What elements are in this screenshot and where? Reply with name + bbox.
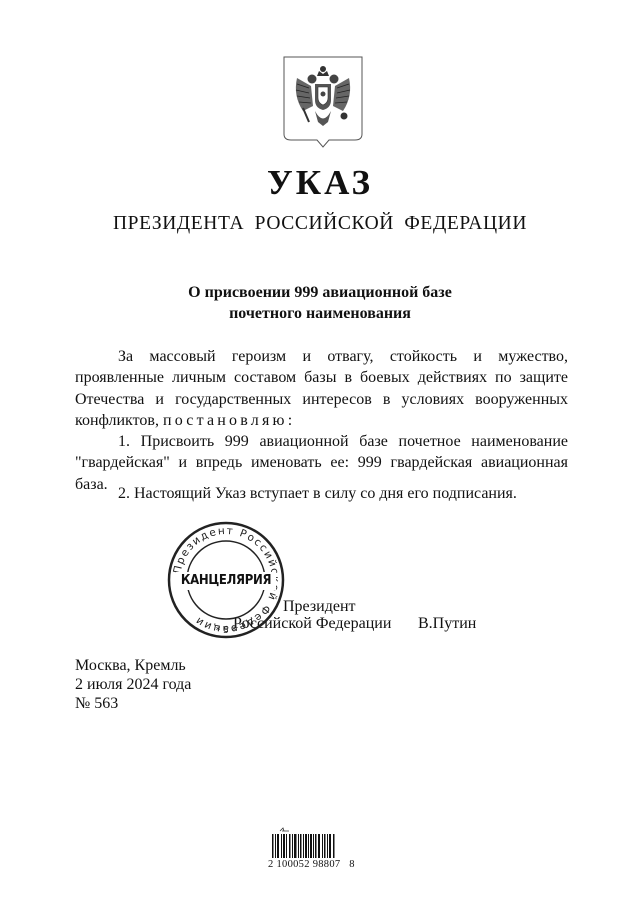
decree-word: постановляю: (163, 412, 295, 429)
signing-date: 2 июля 2024 года (75, 675, 191, 695)
chancellery-stamp: Президент Российской Федерации * 5 * КАН… (166, 520, 286, 640)
barcode-number: 2 100052 98807 8 (268, 859, 355, 870)
svg-text:* 5 *: * 5 * (216, 626, 237, 636)
decree-heading-line-1: О присвоении 999 авиационной базе (0, 282, 640, 303)
double-headed-eagle-icon (283, 56, 363, 148)
barcode-icon (271, 827, 337, 861)
document-subtitle: ПРЕЗИДЕНТА РОССИЙСКОЙ ФЕДЕРАЦИИ (0, 212, 640, 236)
preamble-paragraph: За массовый героизм и отвагу, стойкость … (75, 346, 568, 431)
coat-of-arms-emblem (283, 56, 363, 148)
decree-heading: О присвоении 999 авиационной базе почетн… (0, 282, 640, 324)
decree-number: № 563 (75, 694, 118, 714)
stamp-center-text: КАНЦЕЛЯРИЯ (176, 572, 276, 590)
document-title: УКАЗ (0, 163, 640, 203)
decree-item-2: 2. Настоящий Указ вступает в силу со дня… (75, 483, 568, 504)
preamble-text: За массовый героизм и отвагу, стойкость … (75, 348, 568, 429)
decree-heading-line-2: почетного наименования (0, 303, 640, 324)
signer-name: В.Путин (418, 613, 476, 634)
signing-place: Москва, Кремль (75, 656, 186, 676)
